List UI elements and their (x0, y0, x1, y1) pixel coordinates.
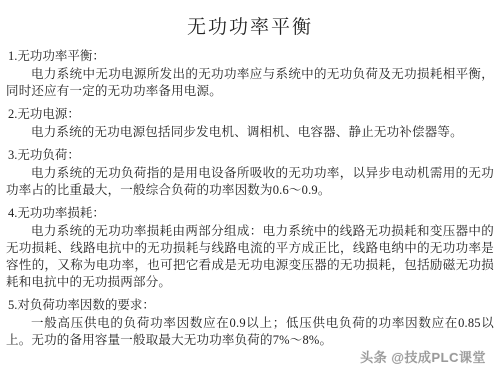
section-body: 电力系统的无功负荷指的是用电设备所吸收的无功功率，以异步电动机需用的无功功率占的… (6, 165, 494, 199)
section-power-factor-requirements: 5.对负荷功率因数的要求： 一般高压供电的负荷功率因数应在0.9以上；低压供电负… (6, 297, 494, 349)
slide: 无功功率平衡 1.无功功率平衡： 电力系统中无功电源所发出的无功功率应与系统中的… (0, 0, 500, 375)
section-body: 电力系统的无功电源包括同步发电机、调相机、电容器、静止无功补偿器等。 (6, 124, 494, 141)
section-body: 电力系统的无功功率损耗由两部分组成：电力系统中的线路无功损耗和变压器中的无功损耗… (6, 223, 494, 291)
section-reactive-power-sources: 2.无功电源： 电力系统的无功电源包括同步发电机、调相机、电容器、静止无功补偿器… (6, 106, 494, 141)
section-heading: 3.无功负荷： (6, 147, 494, 163)
section-reactive-load: 3.无功负荷： 电力系统的无功负荷指的是用电设备所吸收的无功功率，以异步电动机需… (6, 147, 494, 199)
section-body: 电力系统中无功电源所发出的无功功率应与系统中的无功负荷及无功损耗相平衡，同时还应… (6, 66, 494, 100)
watermark: 头条 @技成PLC课堂 (360, 347, 486, 366)
section-body: 一般高压供电的负荷功率因数应在0.9以上；低压供电负荷的功率因数应在0.85以上… (6, 315, 494, 349)
page-title: 无功功率平衡 (6, 12, 494, 39)
section-heading: 4.无功功率损耗： (6, 205, 494, 221)
section-heading: 1.无功功率平衡： (6, 48, 494, 64)
section-reactive-power-balance: 1.无功功率平衡： 电力系统中无功电源所发出的无功功率应与系统中的无功负荷及无功… (6, 48, 494, 100)
section-heading: 2.无功电源： (6, 106, 494, 122)
section-reactive-power-loss: 4.无功功率损耗： 电力系统的无功功率损耗由两部分组成：电力系统中的线路无功损耗… (6, 205, 494, 291)
section-heading: 5.对负荷功率因数的要求： (6, 297, 494, 313)
